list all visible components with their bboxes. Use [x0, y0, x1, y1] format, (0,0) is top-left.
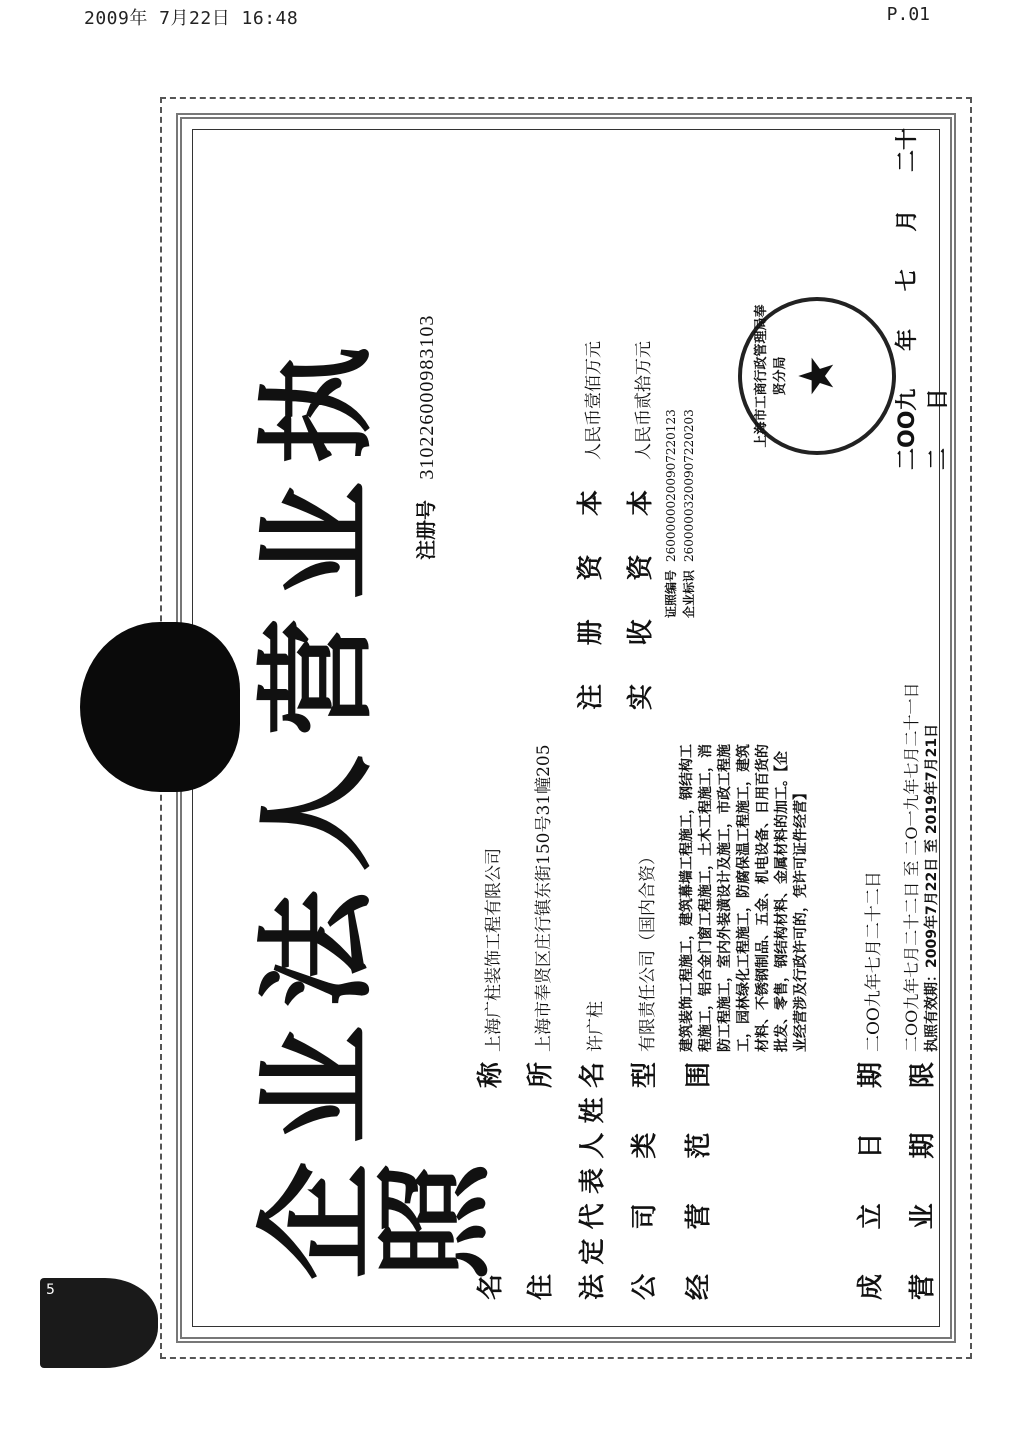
registration-number: 注册号 310226000983103 — [410, 315, 439, 560]
official-stamp: 上海市工商行政管理局奉贤分局 ★ — [738, 297, 896, 455]
registration-value: 310226000983103 — [416, 315, 438, 480]
field-address: 住所 上海市奉贤区庄行镇东街150号31幢205 — [520, 744, 557, 1300]
fax-page-number: P.01 — [887, 4, 930, 25]
field-business-scope: 经营范围 建筑装饰工程施工，建筑幕墙工程施工，钢结构工程施工，铝合金门窗工程施工… — [678, 742, 811, 1300]
field-name: 名称 上海广柱装饰工程有限公司 — [470, 848, 507, 1300]
license-codes: 证照编号26000000200907220123 企业标识26000003200… — [662, 409, 698, 618]
established-date: 二OO九年七月二十二日 — [859, 871, 884, 1052]
company-name: 上海广柱装饰工程有限公司 — [479, 848, 504, 1052]
national-emblem-icon: 5 — [40, 1278, 158, 1368]
stamp-text: 上海市工商行政管理局奉贤分局 — [750, 301, 788, 451]
field-company-type: 公司类型 有限责任公司（国内合资） — [624, 848, 661, 1300]
field-established: 成立日期 二OO九年七月二十二日 — [850, 871, 887, 1300]
license-title: 企业法人营业执照 — [258, 280, 494, 1280]
enterprise-number: 26000003200907220203 — [682, 409, 696, 562]
business-term: 二OO九年七月二十二日 至 二O一九年七月二十一日 — [902, 682, 921, 1052]
legal-rep-name: 许广柱 — [581, 1001, 606, 1052]
fax-header: 2009年 7月22日 16:48 P.01 — [0, 2, 1024, 30]
company-address: 上海市奉贤区庄行镇东街150号31幢205 — [529, 744, 554, 1052]
certificate-number: 26000000200907220123 — [664, 409, 678, 562]
paid-in-capital: 实收资本 人民币贰拾万元 — [620, 341, 657, 710]
registered-capital: 注册资本 人民币壹佰万元 — [570, 341, 607, 710]
field-legal-representative: 法定代表人姓名 许广柱 — [572, 1001, 609, 1300]
star-icon: ★ — [793, 354, 841, 397]
company-type: 有限责任公司（国内合资） — [633, 848, 658, 1052]
issue-date: 二OO九 年 七 月 二十二 日 — [890, 120, 952, 470]
registration-label: 注册号 — [414, 500, 438, 560]
business-scope: 建筑装饰工程施工，建筑幕墙工程施工，钢结构工程施工，铝合金门窗工程施工，土木工程… — [678, 742, 811, 1052]
valid-period: 执照有效期：2009年7月22日 至 2019年7月21日 — [924, 724, 940, 1052]
license-document: 企业法人营业执照 注册号 310226000983103 名称 上海广柱装饰工程… — [178, 120, 958, 1340]
fax-timestamp: 2009年 7月22日 16:48 — [84, 4, 298, 30]
field-business-term: 营业期限 二OO九年七月二十二日 至 二O一九年七月二十一日 执照有效期：200… — [902, 682, 942, 1300]
